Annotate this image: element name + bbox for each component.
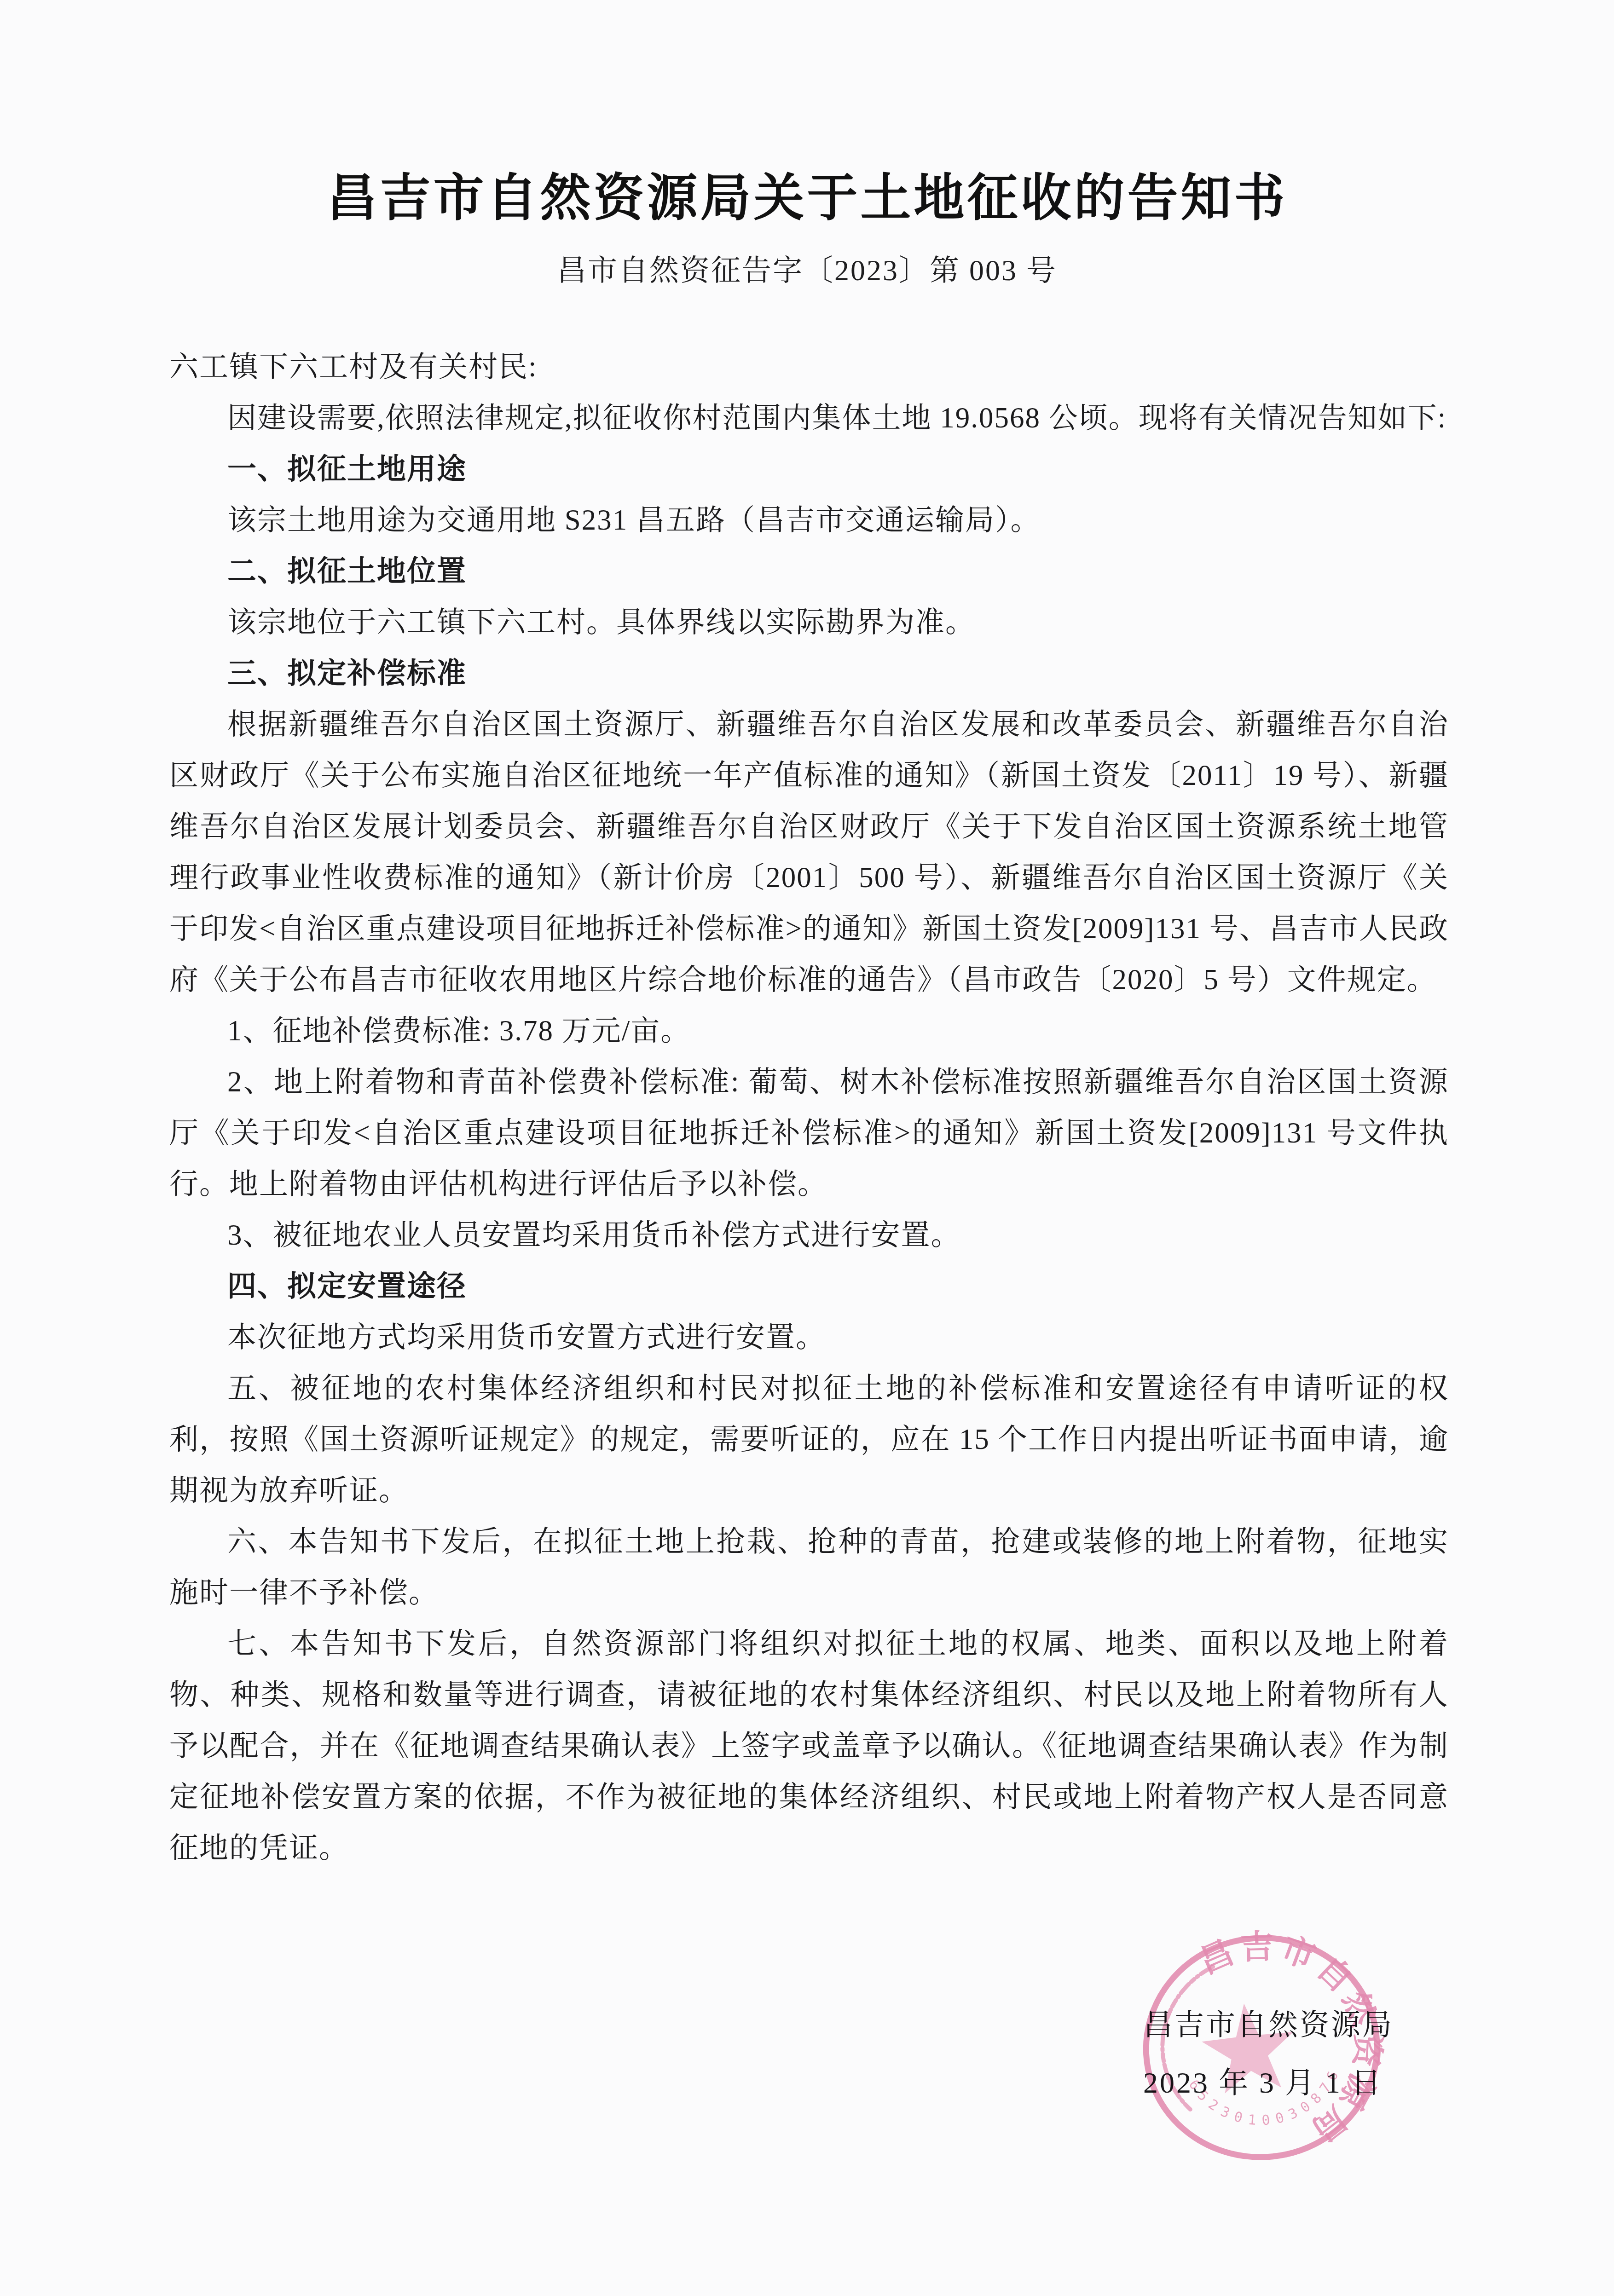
signature-block: 昌吉市自然资源局 2023 年 3 月 1 日 <box>1143 1996 1394 2112</box>
paragraph: 七、本告知书下发后，自然资源部门将组织对拟征土地的权属、地类、面积以及地上附着物… <box>169 1618 1449 1874</box>
paragraph: 五、被征地的农村集体经济组织和村民对拟征土地的补偿标准和安置途径有申请听证的权利… <box>169 1363 1449 1516</box>
section-heading: 四、拟定安置途径 <box>169 1261 1449 1312</box>
paragraph: 六、本告知书下发后，在拟征土地上抢栽、抢种的青苗，抢建或装修的地上附着物，征地实… <box>169 1516 1449 1618</box>
section-heading: 二、拟征土地位置 <box>169 546 1449 597</box>
paragraph: 3、被征地农业人员安置均采用货币补偿方式进行安置。 <box>169 1210 1449 1261</box>
document-title: 昌吉市自然资源局关于土地征收的告知书 <box>0 157 1614 230</box>
paragraph: 因建设需要,依照法律规定,拟征收你村范围内集体土地 19.0568 公顷。现将有… <box>169 392 1449 444</box>
paragraph: 1、征地补偿费标准: 3.78 万元/亩。 <box>169 1005 1449 1056</box>
paragraph: 本次征地方式均采用货币安置方式进行安置。 <box>169 1312 1449 1363</box>
paragraph: 2、地上附着物和青苗补偿费补偿标准: 葡萄、树木补偿标准按照新疆维吾尔自治区国土… <box>169 1056 1449 1210</box>
section-heading: 三、拟定补偿标准 <box>169 648 1449 699</box>
signature-date: 2023 年 3 月 1 日 <box>1143 2054 1394 2112</box>
document-page: 昌吉市自然资源局关于土地征收的告知书 昌市自然资征告字〔2023〕第 003 号… <box>0 0 1614 2296</box>
signature-org: 昌吉市自然资源局 <box>1143 1996 1394 2054</box>
paragraph: 该宗地位于六工镇下六工村。具体界线以实际勘界为准。 <box>169 597 1449 648</box>
document-body: 六工镇下六工村及有关村民:因建设需要,依照法律规定,拟征收你村范围内集体土地 1… <box>169 341 1449 1874</box>
paragraph: 六工镇下六工村及有关村民: <box>169 341 1449 392</box>
section-heading: 一、拟征土地用途 <box>169 444 1449 495</box>
paragraph: 根据新疆维吾尔自治区国土资源厅、新疆维吾尔自治区发展和改革委员会、新疆维吾尔自治… <box>169 699 1449 1005</box>
paragraph: 该宗土地用途为交通用地 S231 昌五路（昌吉市交通运输局）。 <box>169 495 1449 546</box>
document-number: 昌市自然资征告字〔2023〕第 003 号 <box>0 247 1614 289</box>
